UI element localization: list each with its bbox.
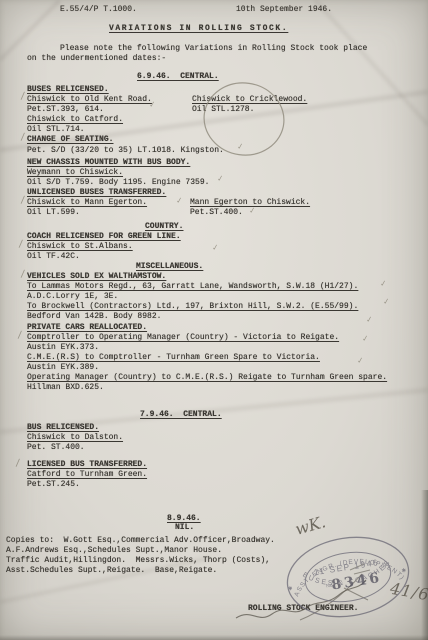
- doc-line: Traffic Audit,Hillingdon. Messrs.Wicks, …: [6, 556, 270, 565]
- pencil-checkmark: ✓: [382, 297, 390, 307]
- doc-line: 6.9.46. CENTRAL.: [137, 72, 219, 81]
- doc-line: Please note the following Variations in …: [60, 44, 367, 53]
- doc-line: Chiswick to Catford.: [27, 115, 123, 124]
- doc-line: A.D.C.Lorry 1E, 3E.: [27, 292, 118, 301]
- doc-line: Chiswick to Mann Egerton.: [27, 198, 147, 207]
- doc-line: NIL.: [175, 523, 194, 532]
- doc-line: NEW CHASSIS MOUNTED WITH BUS BODY.: [27, 158, 190, 167]
- doc-line: UNLICENSED BUSES TRANSFERRED.: [27, 188, 166, 197]
- doc-line: CHANGE OF SEATING.: [27, 135, 113, 144]
- doc-line: Asst.Schedules Supt.,Reigate. Base,Reiga…: [6, 566, 217, 575]
- document-page: E.55/4/P T.1000.10th September 1946.VARI…: [0, 0, 428, 640]
- stamp-star-right-icon: ✱: [401, 567, 407, 576]
- doc-line: Oil STL.714.: [27, 125, 85, 134]
- doc-line: 8.9.46.: [167, 514, 201, 523]
- stamp-star-left-icon: ✱: [288, 585, 294, 594]
- photo-edge-shadow-bottom: [0, 635, 428, 640]
- doc-line: LICENSED BUS TRANSFERRED.: [27, 460, 147, 469]
- doc-line: Weymann to Chiswick.: [27, 168, 123, 177]
- doc-line: Pet. ST.400.: [27, 443, 85, 452]
- doc-line: Hillman BXD.625.: [27, 383, 104, 392]
- pencil-checkmark: ✓: [356, 356, 364, 366]
- pencil-slash-mark: /: [18, 239, 23, 250]
- photo-edge-shadow-right: [421, 490, 428, 640]
- doc-line: 10th September 1946.: [236, 5, 332, 14]
- doc-line: Oil S/D T.759. Body 1195. Engine 7359.: [27, 178, 209, 187]
- pencil-checkmark: ✓: [216, 174, 224, 184]
- doc-line: 7.9.46. CENTRAL.: [140, 410, 222, 419]
- pencil-slash-mark: /: [20, 269, 25, 280]
- doc-line: To Brockwell (Contractors) Ltd., 197, Br…: [27, 302, 358, 311]
- doc-line: Chiswick to St.Albans.: [27, 242, 133, 251]
- doc-line: Chiswick to Old Kent Road.: [27, 95, 152, 104]
- pencil-slash-mark: /: [17, 330, 22, 341]
- doc-line: BUS RELICENSED.: [27, 423, 99, 432]
- pencil-checkmark: ✓: [379, 279, 387, 289]
- doc-line: Pet.ST.400.: [190, 208, 243, 217]
- doc-line: Comptroller to Operating Manager (Countr…: [27, 333, 339, 342]
- doc-line: MISCELLANEOUS.: [136, 262, 203, 271]
- doc-line: Catford to Turnham Green.: [27, 470, 147, 479]
- pencil-checkmark: ✓: [365, 315, 373, 325]
- doc-line: To Lammas Motors Regd., 63, Garratt Lane…: [27, 282, 358, 291]
- pencil-checkmark: ✓: [211, 243, 219, 253]
- doc-line: Chiswick to Dalston.: [27, 433, 123, 442]
- doc-line: Austin EYK.389.: [27, 363, 99, 372]
- doc-line: Austin EYK.373.: [27, 343, 99, 352]
- doc-line: Pet.ST.393, 614.: [27, 105, 104, 114]
- doc-line: Copies to: W.Gott Esq.,Commercial Adv.Of…: [6, 536, 275, 545]
- pencil-checkmark: ✓: [236, 142, 244, 152]
- doc-line: VARIATIONS IN ROLLING STOCK.: [109, 24, 288, 33]
- pencil-checkmark: ✓: [175, 196, 183, 206]
- pencil-slash-mark: /: [20, 195, 25, 206]
- pencil-slash-mark: /: [20, 132, 25, 143]
- pencil-checkmark: ✓: [248, 206, 256, 216]
- pencil-checkmark: ✓: [361, 334, 369, 344]
- pencil-slash-mark: /: [15, 458, 20, 469]
- doc-line: Operating Manager (Country) to C.M.E.(R.…: [27, 373, 387, 382]
- date-stamp: ASST. ENGR. (DEVELOPMENT) BUSES & COACHE…: [276, 520, 419, 633]
- doc-line: E.55/4/P T.1000.: [60, 5, 137, 14]
- pencil-slash-mark: /: [20, 91, 25, 102]
- doc-line: Pet. S/D (33/20 to 35) LT.1018. Kingston…: [27, 146, 224, 155]
- doc-line: Pet.ST.245.: [27, 480, 80, 489]
- doc-line: VEHICLES SOLD EX WALTHAMSTOW.: [27, 272, 166, 281]
- doc-line: BUSES RELICENSED.: [27, 85, 109, 94]
- doc-line: COUNTRY.: [145, 222, 183, 231]
- doc-line: PRIVATE CARS REALLOCATED.: [27, 323, 147, 332]
- doc-line: Oil STL.1278.: [192, 105, 254, 114]
- doc-line: on the undermentioned dates:-: [27, 54, 166, 63]
- doc-line: A.F.Andrews Esq.,Schedules Supt.,Manor H…: [6, 546, 222, 555]
- doc-line: COACH RELICENSED FOR GREEN LINE.: [27, 232, 181, 241]
- pencil-checkmark: ✓: [148, 100, 156, 110]
- doc-line: Chiswick to Cricklewood.: [192, 95, 307, 104]
- doc-line: C.M.E.(R.S) to Comptroller - Turnham Gre…: [27, 353, 320, 362]
- doc-line: Oil TF.42C.: [27, 252, 80, 261]
- doc-line: Bedford Van 142B. Body 8982.: [27, 312, 161, 321]
- doc-line: Oil LT.599.: [27, 208, 80, 217]
